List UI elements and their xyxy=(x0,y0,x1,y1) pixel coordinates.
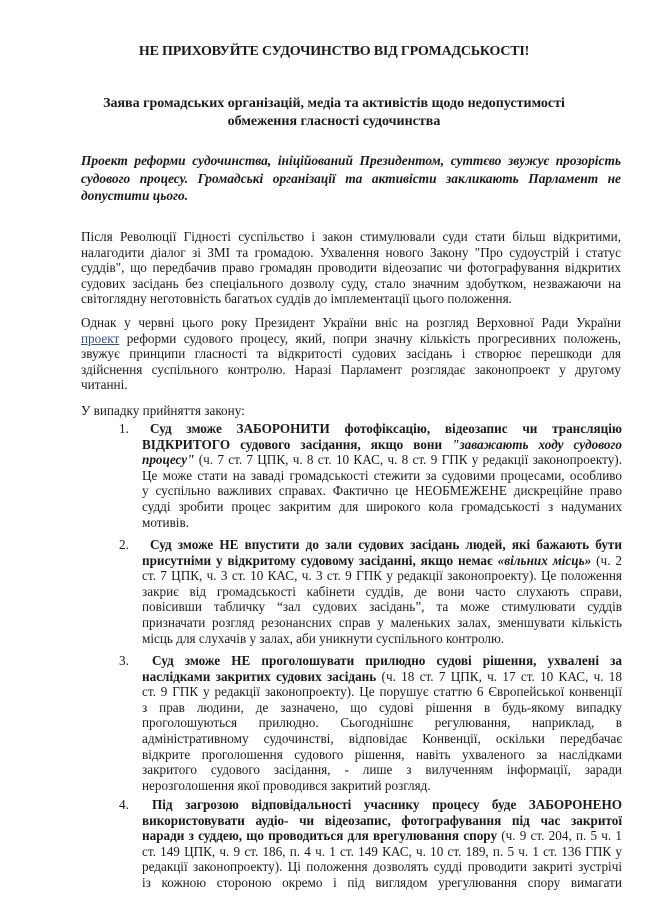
document-page: НЕ ПРИХОВУЙТЕ СУДОЧИНСТВО ВІД ГРОМАДСЬКО… xyxy=(0,0,668,918)
bill-project-link[interactable]: проект xyxy=(81,331,119,346)
text-line: проект реформи судового процесу, який, п… xyxy=(81,331,621,347)
text-line: нерозголошення якої проводився закритий … xyxy=(142,778,622,794)
text-line: проголошуються прилюдно. Сьогоднішнє рег… xyxy=(142,715,622,731)
text-line: закриє від громадськості кабінети суддів… xyxy=(142,584,622,600)
bold-italic-quote: процесу" xyxy=(142,452,194,467)
text-fragment: (ч. 18 ст. 7 ЦПК, ч. 17 ст. 10 КАС, ч. 1… xyxy=(376,669,622,684)
bold-text: наслідками закритих судових засідань xyxy=(142,669,376,684)
bold-text: Під загрозою відповідальності учаснику п… xyxy=(142,797,622,812)
text-fragment: (ч. 9 ст. 204, п. 5 ч. 1 xyxy=(497,828,622,843)
text-line: Суд зможе НЕ проголошувати прилюдно судо… xyxy=(142,653,622,669)
lead-paragraph: Проект реформи судочинства, ініційований… xyxy=(81,152,621,205)
list-number: 4. xyxy=(119,797,129,813)
list-item-body: Суд зможе НЕ проголошувати прилюдно судо… xyxy=(142,653,622,793)
text-line: судових засідань без спеціального дозвол… xyxy=(81,276,621,292)
list-number: 1. xyxy=(119,421,129,437)
bold-text: використовувати аудіо- чи відеозапис, фо… xyxy=(142,813,622,828)
text-line: місць для слухачів у залах, аби уникнути… xyxy=(142,631,622,647)
text-line: ст. 7 ЦПК, ч. 3 ст. 10 КАС, ч. 3 ст. 9 Г… xyxy=(142,568,622,584)
text-line: Це може стати на заваді громадськості ст… xyxy=(142,468,622,484)
text-line: суддів", що передбачив право громадян пр… xyxy=(81,260,621,276)
subtitle-line: обмеження гласності судочинства xyxy=(0,113,668,131)
bold-text: Суд зможе НЕ впустити до зали судових за… xyxy=(142,537,622,552)
list-item-body: Суд зможе НЕ впустити до зали судових за… xyxy=(142,537,622,646)
text-line: Після Революції Гідності суспільство і з… xyxy=(81,229,621,245)
text-line: редакції законопроекту). Ці положення до… xyxy=(142,859,622,875)
text-line: присутніми у відкритому судовому засідан… xyxy=(142,553,622,569)
list-item-body: Суд зможе ЗАБОРОНИТИ фотофіксацію, відео… xyxy=(142,421,622,530)
text-line: звужує принципи гласності та відкритості… xyxy=(81,346,621,362)
text-line: використовувати аудіо- чи відеозапис, фо… xyxy=(142,813,622,829)
text-line: процесу" (ч. 7 ст. 7 ЦПК, ч. 8 ст. 10 КА… xyxy=(142,452,622,468)
bold-text: Суд зможе ЗАБОРОНИТИ фотофіксацію, відео… xyxy=(142,421,622,436)
text-line: Під загрозою відповідальності учаснику п… xyxy=(142,797,622,813)
text-line: наради з суддею, що проводиться для врег… xyxy=(142,828,622,844)
text-line: налагодити діалог зі ЗМІ та громадою. Ух… xyxy=(81,245,621,261)
text-fragment: (ч. 2 xyxy=(591,553,622,568)
bold-italic-quote: «вільних місць» xyxy=(498,553,592,568)
text-line: Суд зможе НЕ впустити до зали судових за… xyxy=(142,537,622,553)
text-line: відкрите проголошення судового рішення, … xyxy=(142,747,622,763)
text-line: із кожною стороною окремо і під виглядом… xyxy=(142,875,622,891)
list-item-body: Під загрозою відповідальності учаснику п… xyxy=(142,797,622,891)
text-line: судді зробити процес закритим для широко… xyxy=(142,499,622,515)
list-intro: У випадку прийняття закону: xyxy=(81,403,245,419)
document-subtitle: Заява громадських організацій, медіа та … xyxy=(0,95,668,131)
lead-line: допустити цього. xyxy=(81,187,621,205)
lead-line: судового процесу. Громадські організації… xyxy=(81,170,621,188)
subtitle-line: Заява громадських організацій, медіа та … xyxy=(0,95,668,113)
text-line: Суд зможе ЗАБОРОНИТИ фотофіксацію, відео… xyxy=(142,421,622,437)
paragraph-president-bill: Однак у червні цього року Президент Укра… xyxy=(81,315,621,393)
lead-line: Проект реформи судочинства, ініційований… xyxy=(81,152,621,170)
text-line: ст. 149 ЦПК, ч. 9 ст. 186, п. 4 ч. 1 ст.… xyxy=(142,844,622,860)
text-fragment: реформи судового процесу, який, попри зн… xyxy=(119,331,621,346)
document-title: НЕ ПРИХОВУЙТЕ СУДОЧИНСТВО ВІД ГРОМАДСЬКО… xyxy=(0,44,668,60)
list-number: 3. xyxy=(119,653,129,669)
text-line: ВІДКРИТОГО судового засідання, якщо вони… xyxy=(142,437,622,453)
bold-text: наради з суддею, що проводиться для врег… xyxy=(142,828,497,843)
text-line: здійснення суспільного контролю. Наразі … xyxy=(81,362,621,378)
text-line: наслідками закритих судових засідань (ч.… xyxy=(142,669,622,685)
text-fragment: (ч. 7 ст. 7 ЦПК, ч. 8 ст. 10 КАС, ч. 8 с… xyxy=(194,452,622,467)
paragraph-revolution: Після Революції Гідності суспільство і з… xyxy=(81,229,621,307)
text-line: Однак у червні цього року Президент Укра… xyxy=(81,315,621,331)
bold-italic-quote: "заважають ходу судового xyxy=(452,437,622,452)
text-line: з прав людини, де зазначено, що судові р… xyxy=(142,700,622,716)
text-line: мотивів. xyxy=(142,515,622,531)
text-line: читанні. xyxy=(81,377,621,393)
bold-text: Суд зможе НЕ проголошувати прилюдно судо… xyxy=(142,653,622,668)
text-line: у суспільно важливих справах. Фактично ц… xyxy=(142,483,622,499)
text-line: повісивши табличку “зал судових засідань… xyxy=(142,599,622,615)
text-line: адміністративному судочинстві, відповіда… xyxy=(142,731,622,747)
bold-text: ВІДКРИТОГО судового засідання, якщо вони xyxy=(142,437,452,452)
text-line: ст. 9 ГПК у редакції законопроекту). Це … xyxy=(142,684,622,700)
bold-text: присутніми у відкритому судовому засідан… xyxy=(142,553,498,568)
text-line: світоглядну неготовність багатьох суддів… xyxy=(81,291,621,307)
text-line: закритого судового засідання, - лише з в… xyxy=(142,762,622,778)
text-line: призначати розгляд резонансних справ у м… xyxy=(142,615,622,631)
list-number: 2. xyxy=(119,537,129,553)
